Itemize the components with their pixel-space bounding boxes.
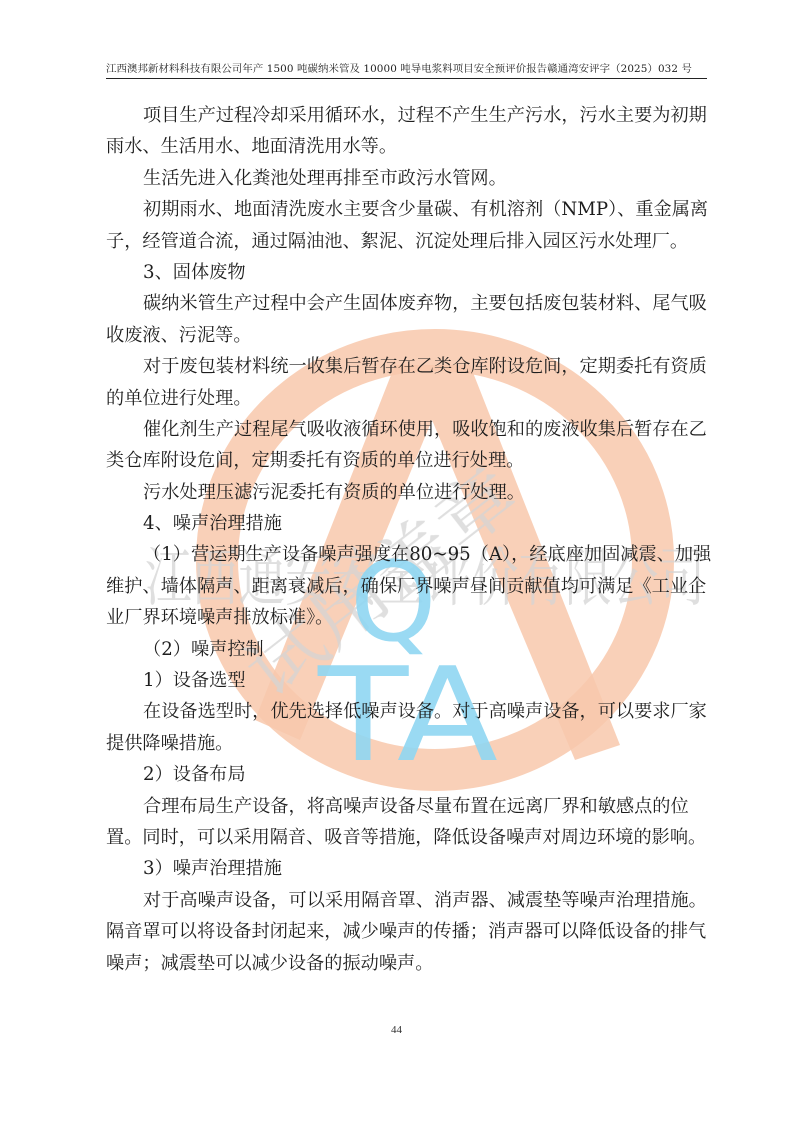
paragraph-line: 类仓库附设危间，定期委托有资质的单位进行处理。 xyxy=(106,445,726,476)
paragraph-line: 对于废包装材料统一收集后暂存在乙类仓库附设危间，定期委托有资质 xyxy=(106,351,726,382)
paragraph-line: 初期雨水、地面清洗废水主要含少量碳、有机溶剂（NMP）、重金属离 xyxy=(106,194,726,225)
paragraph-line: 业厂界环境噪声排放标准》。 xyxy=(106,602,726,633)
paragraph-line: 的单位进行处理。 xyxy=(106,383,726,414)
running-header: 江西澳邦新材料科技有限公司年产 1500 吨碳纳米管及 10000 吨导电浆料项… xyxy=(106,62,707,79)
paragraph-line: 催化剂生产过程尾气吸收液循环使用，吸收饱和的废液收集后暂存在乙 xyxy=(106,414,726,445)
paragraph-line: 隔音罩可以将设备封闭起来，减少噪声的传播；消声器可以降低设备的排气 xyxy=(106,916,726,947)
paragraph-line: 对于高噪声设备，可以采用隔音罩、消声器、减震垫等噪声治理措施。 xyxy=(106,885,726,916)
subsection-heading: 2）设备布局 xyxy=(106,759,726,790)
section-heading: 4、噪声治理措施 xyxy=(106,508,726,539)
paragraph-line: 污水处理压滤污泥委托有资质的单位进行处理。 xyxy=(106,477,726,508)
paragraph-line: 碳纳米管生产过程中会产生固体废弃物，主要包括废包装材料、尾气吸 xyxy=(106,288,726,319)
paragraph-line: 雨水、生活用水、地面清洗用水等。 xyxy=(106,131,726,162)
section-heading: 3、固体废物 xyxy=(106,257,726,288)
page-number: 44 xyxy=(0,1024,793,1036)
paragraph-line: 提供降噪措施。 xyxy=(106,728,726,759)
paragraph-line: 置。同时，可以采用隔音、吸音等措施，降低设备噪声对周边环境的影响。 xyxy=(106,822,726,853)
paragraph-line: 噪声；减震垫可以减少设备的振动噪声。 xyxy=(106,948,726,979)
header-text: 江西澳邦新材料科技有限公司年产 1500 吨碳纳米管及 10000 吨导电浆料项… xyxy=(106,63,692,75)
paragraph-line: 维护、墙体隔声、距离衰减后，确保厂界噪声昼间贡献值均可满足《工业企 xyxy=(106,571,726,602)
paragraph-line: （1）营运期生产设备噪声强度在80~95（A），经底座加固减震、加强 xyxy=(106,539,726,570)
paragraph-line: 在设备选型时，优先选择低噪声设备。对于高噪声设备，可以要求厂家 xyxy=(106,696,726,727)
paragraph-line: 项目生产过程冷却采用循环水，过程不产生生产污水，污水主要为初期 xyxy=(106,100,726,131)
document-page: 江西澳邦新材料科技有限公司年产 1500 吨碳纳米管及 10000 吨导电浆料项… xyxy=(0,0,793,1122)
paragraph-line: 合理布局生产设备，将高噪声设备尽量布置在远离厂界和敏感点的位 xyxy=(106,791,726,822)
body-text: 项目生产过程冷却采用循环水，过程不产生生产污水，污水主要为初期 雨水、生活用水、… xyxy=(106,100,726,979)
subsection-heading: （2）噪声控制 xyxy=(106,634,726,665)
paragraph-line: 生活先进入化粪池处理再排至市政污水管网。 xyxy=(106,163,726,194)
subsection-heading: 1）设备选型 xyxy=(106,665,726,696)
paragraph-line: 收废液、污泥等。 xyxy=(106,320,726,351)
paragraph-line: 子，经管道合流，通过隔油池、絮泥、沉淀处理后排入园区污水处理厂。 xyxy=(106,226,726,257)
subsection-heading: 3）噪声治理措施 xyxy=(106,853,726,884)
